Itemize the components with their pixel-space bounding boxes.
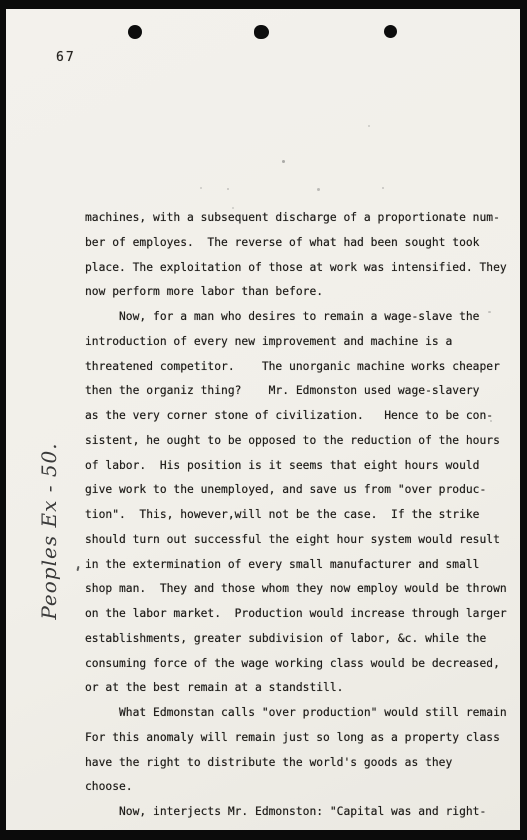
typewritten-text: machines, with a subsequent discharge of… <box>85 206 507 825</box>
text-line: Now, interjects Mr. Edmonston: "Capital … <box>85 800 507 825</box>
scan-speck <box>200 187 202 189</box>
text-line: establishments, greater subdivision of l… <box>85 627 507 652</box>
text-line: tion". This, however,will not be the cas… <box>85 503 507 528</box>
text-line: Now, for a man who desires to remain a w… <box>85 305 507 330</box>
text-line: give work to the unemployed, and save us… <box>85 478 507 503</box>
text-line: then the organiz thing? Mr. Edmonston us… <box>85 379 507 404</box>
text-line: of labor. His position is it seems that … <box>85 454 507 479</box>
handwritten-exhibit-note: Peoples Ex - 50. <box>37 442 61 619</box>
text-line: shop man. They and those whom they now e… <box>85 577 507 602</box>
text-line: threatened competitor. The unorganic mac… <box>85 355 507 380</box>
scan-speck <box>317 188 320 191</box>
text-line: consuming force of the wage working clas… <box>85 652 507 677</box>
scan-speck <box>368 125 370 127</box>
ink-dot <box>254 25 269 39</box>
marginalia-container: Peoples Ex - 50. <box>18 437 80 625</box>
text-line: should turn out successful the eight hou… <box>85 528 507 553</box>
text-line: as the very corner stone of civilization… <box>85 404 507 429</box>
scan-speck <box>232 207 234 209</box>
text-line: or at the best remain at a standstill. <box>85 676 507 701</box>
ink-dot <box>384 25 397 38</box>
text-line: machines, with a subsequent discharge of… <box>85 206 507 231</box>
text-line: What Edmonstan calls "over production" w… <box>85 701 507 726</box>
scan-speck <box>282 160 285 163</box>
page-number: 67 <box>56 50 76 65</box>
scan-speck <box>488 311 491 313</box>
scan-speck <box>382 187 384 189</box>
text-line: on the labor market. Production would in… <box>85 602 507 627</box>
scan-speck <box>227 188 229 190</box>
text-line: sistent, he ought to be opposed to the r… <box>85 429 507 454</box>
text-line: now perform more labor than before. <box>85 280 507 305</box>
text-line: have the right to distribute the world's… <box>85 751 507 776</box>
text-line: choose. <box>85 775 507 800</box>
text-line: For this anomaly will remain just so lon… <box>85 726 507 751</box>
text-line: in the extermination of every small manu… <box>85 553 507 578</box>
scanned-document: { "colors": { "paper": "#f1efe9", "ink":… <box>0 0 527 840</box>
text-line: ber of employes. The reverse of what had… <box>85 231 507 256</box>
text-line: introduction of every new improvement an… <box>85 330 507 355</box>
ink-dot <box>128 25 142 39</box>
scan-speck <box>490 420 492 422</box>
document-page: 67 machines, with a subsequent discharge… <box>6 9 520 830</box>
text-line: place. The exploitation of those at work… <box>85 256 507 281</box>
